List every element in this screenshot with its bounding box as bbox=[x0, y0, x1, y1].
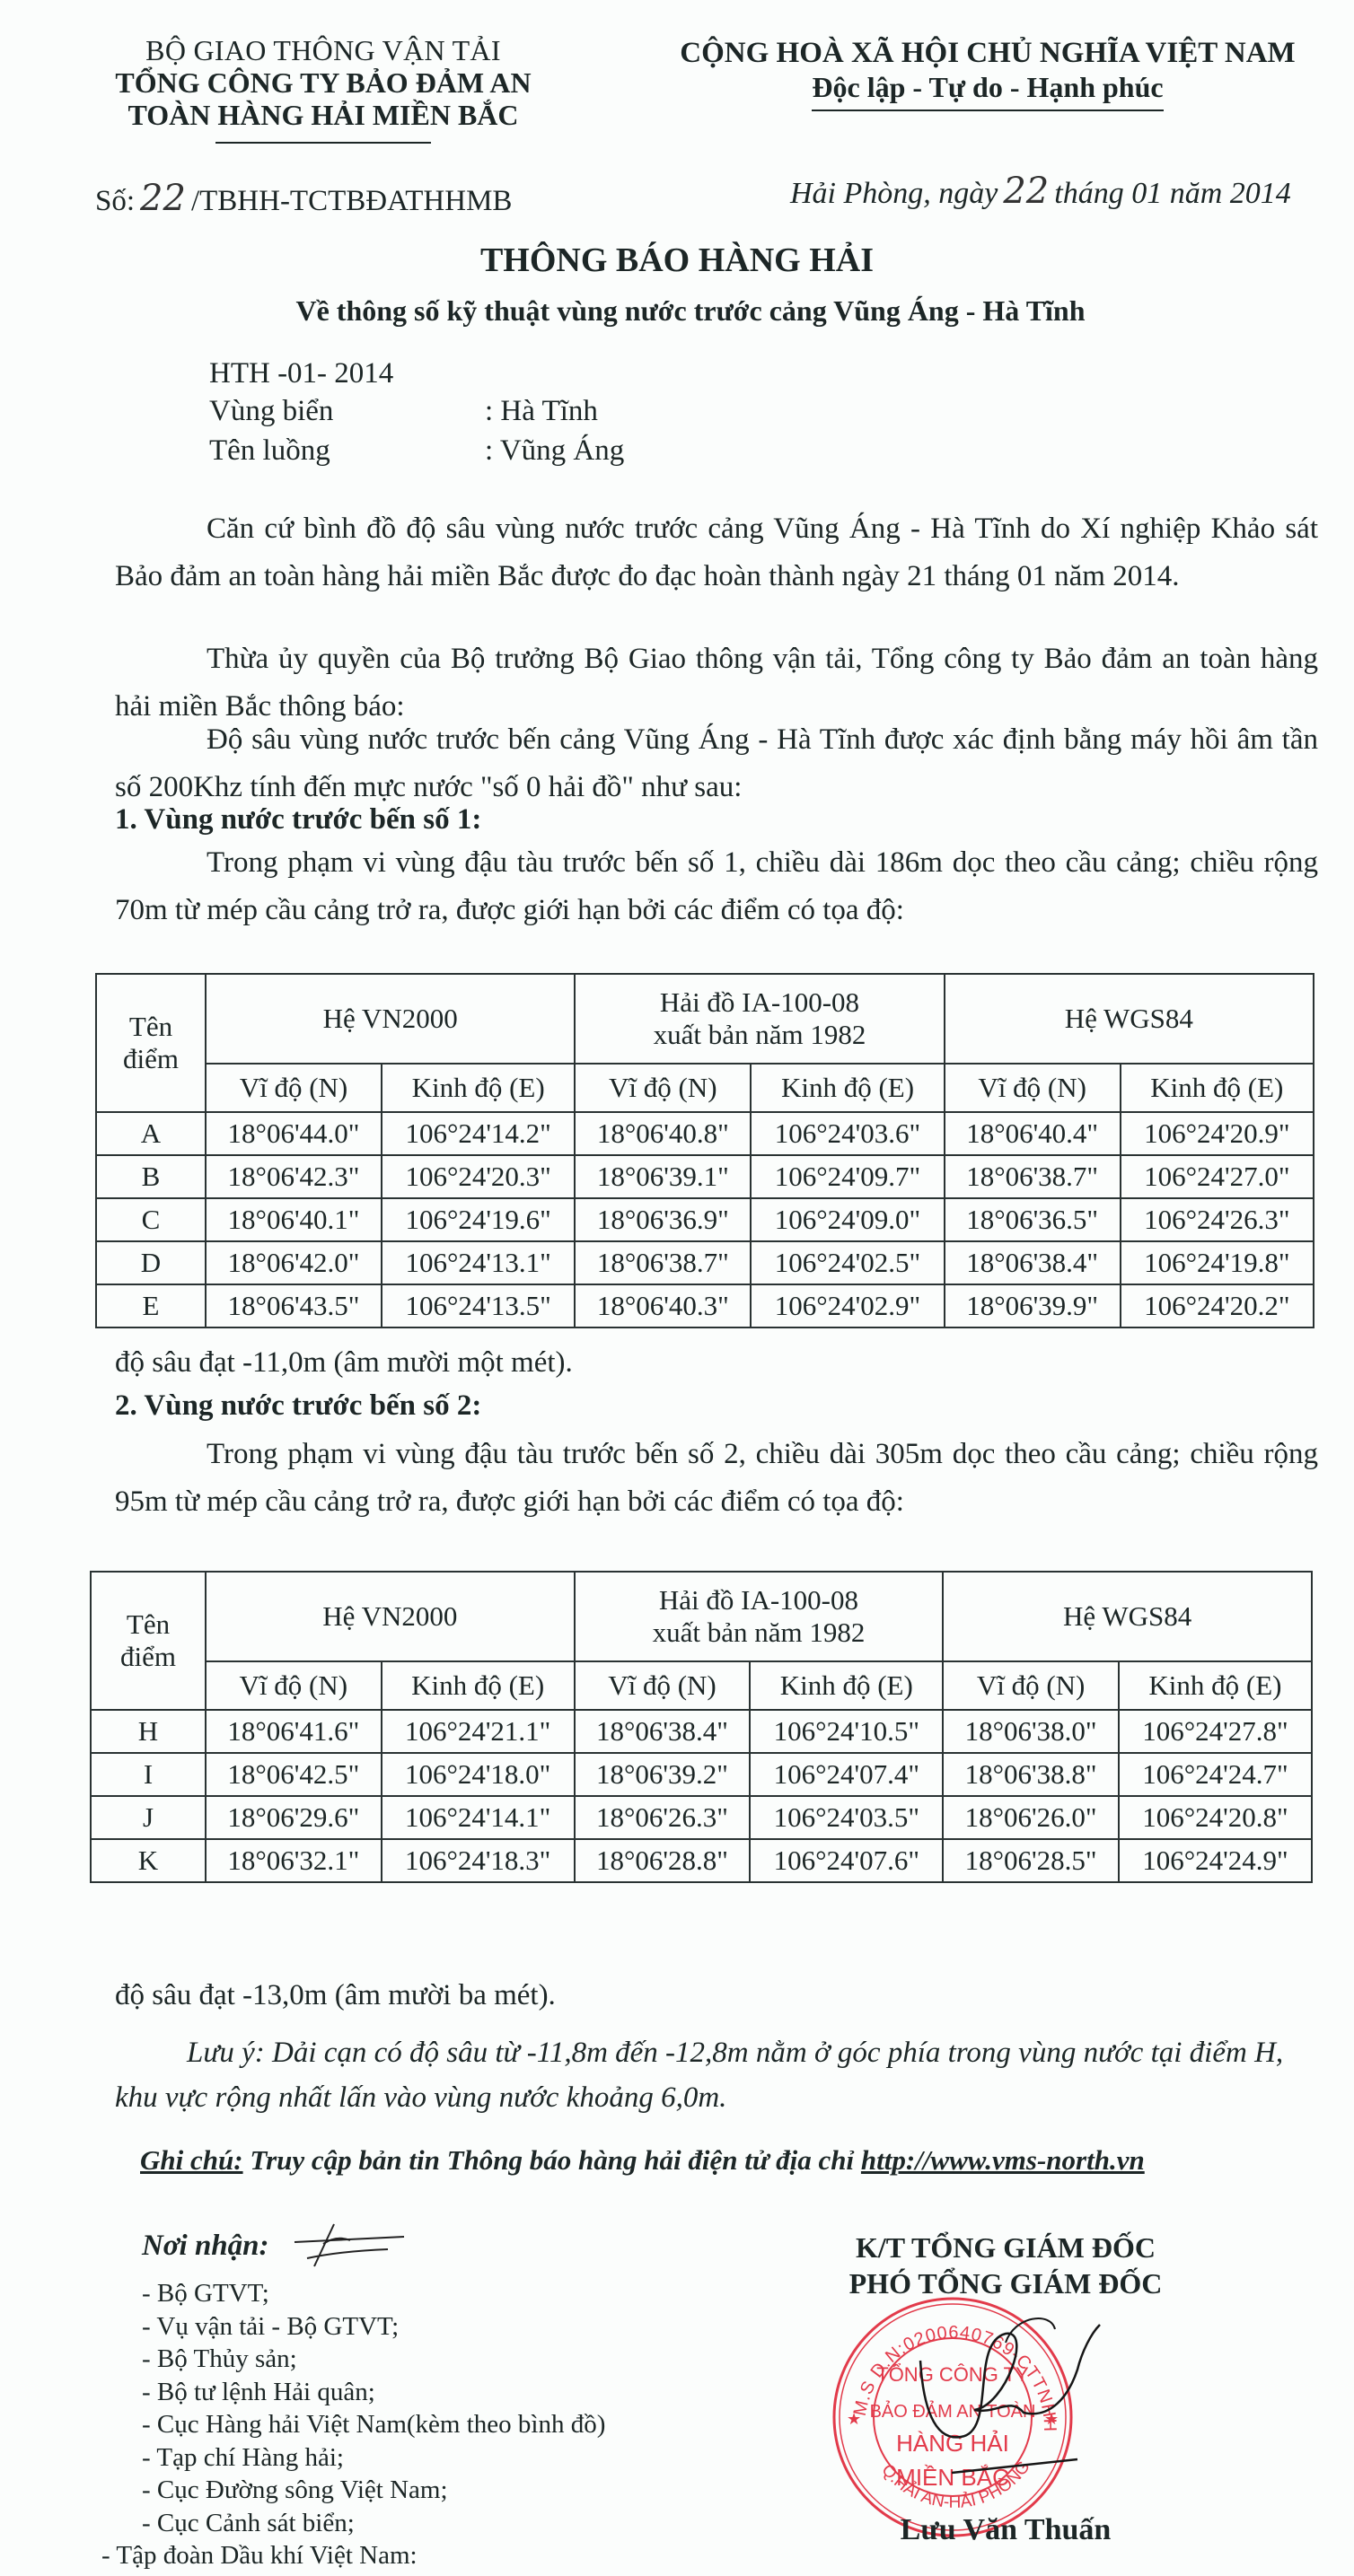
coordinate-cell: 106°24'14.2" bbox=[382, 1112, 575, 1155]
coordinate-cell: 106°24'03.6" bbox=[751, 1112, 944, 1155]
coordinate-cell: 18°06'38.7" bbox=[575, 1241, 751, 1284]
recipient-item: - Vụ vận tải - Bộ GTVT; bbox=[142, 2310, 605, 2344]
coordinate-cell: 106°24'13.1" bbox=[382, 1241, 575, 1284]
coordinate-cell: 106°24'13.5" bbox=[382, 1284, 575, 1327]
recipient-item: - Cục Đường sông Việt Nam; bbox=[142, 2474, 605, 2507]
recipient-item: - Bộ Thủy sản; bbox=[142, 2343, 605, 2376]
coordinate-cell: 106°24'18.0" bbox=[382, 1753, 575, 1796]
republic-name: CỘNG HOÀ XÃ HỘI CHỦ NGHĨA VIỆT NAM bbox=[664, 36, 1311, 70]
coordinate-cell: 18°06'38.4" bbox=[945, 1241, 1121, 1284]
meta-region: Vùng biển : Hà Tĩnh bbox=[209, 395, 333, 428]
coordinate-cell: 18°06'38.0" bbox=[943, 1710, 1119, 1753]
table-row: H18°06'41.6"106°24'21.1"18°06'38.4"106°2… bbox=[91, 1710, 1312, 1753]
recipient-item: - Bộ GTVT; bbox=[142, 2277, 605, 2310]
coordinate-cell: 18°06'26.0" bbox=[943, 1796, 1119, 1839]
coordinate-cell: 106°24'21.1" bbox=[382, 1710, 575, 1753]
coordinate-cell: 18°06'43.5" bbox=[206, 1284, 382, 1327]
issuer-block: BỘ GIAO THÔNG VẬN TẢI TỔNG CÔNG TY BẢO Đ… bbox=[72, 34, 575, 144]
point-name-cell: E bbox=[96, 1284, 206, 1327]
point-name-cell: I bbox=[91, 1753, 206, 1796]
point-name-cell: J bbox=[91, 1796, 206, 1839]
notice-code: HTH -01- 2014 bbox=[209, 357, 393, 390]
section-1-depth: độ sâu đạt -11,0m (âm mười một mét). bbox=[115, 1339, 1318, 1387]
col-ia-chart: Hải đồ IA-100-08xuất bản năm 1982 bbox=[575, 974, 944, 1064]
coordinate-cell: 106°24'07.6" bbox=[750, 1839, 943, 1882]
coordinates-table-berth-2: Tên điểm Hệ VN2000 Hải đồ IA-100-08xuất … bbox=[90, 1571, 1313, 1883]
coordinate-cell: 106°24'19.8" bbox=[1121, 1241, 1314, 1284]
paragraph-basis: Căn cứ bình đồ độ sâu vùng nước trước cả… bbox=[115, 505, 1318, 600]
ministry-name: BỘ GIAO THÔNG VẬN TẢI bbox=[72, 34, 575, 66]
recipients-heading: Nơi nhận: bbox=[142, 2230, 269, 2263]
col-wgs84: Hệ WGS84 bbox=[943, 1572, 1312, 1661]
coordinate-cell: 18°06'38.8" bbox=[943, 1753, 1119, 1796]
point-name-cell: B bbox=[96, 1155, 206, 1198]
table-row: I18°06'42.5"106°24'18.0"18°06'39.2"106°2… bbox=[91, 1753, 1312, 1796]
point-name-cell: H bbox=[91, 1710, 206, 1753]
coordinate-cell: 18°06'44.0" bbox=[206, 1112, 382, 1155]
table-row: B18°06'42.3"106°24'20.3"18°06'39.1"106°2… bbox=[96, 1155, 1314, 1198]
header-rule bbox=[215, 142, 431, 144]
coordinate-cell: 18°06'42.0" bbox=[206, 1241, 382, 1284]
col-wgs84: Hệ WGS84 bbox=[945, 974, 1314, 1064]
org-name-line2: TOÀN HÀNG HẢI MIỀN BẮC bbox=[72, 99, 575, 131]
coordinate-cell: 18°06'28.5" bbox=[943, 1839, 1119, 1882]
table-row: D18°06'42.0"106°24'13.1"18°06'38.7"106°2… bbox=[96, 1241, 1314, 1284]
recipient-item: - Cục Hàng hải Việt Nam(kèm theo bình đồ… bbox=[142, 2408, 605, 2441]
coordinate-cell: 18°06'40.8" bbox=[575, 1112, 751, 1155]
coordinate-cell: 18°06'39.1" bbox=[575, 1155, 751, 1198]
document-subtitle: Về thông số kỹ thuật vùng nước trước cản… bbox=[0, 294, 1354, 328]
col-vn2000: Hệ VN2000 bbox=[206, 974, 575, 1064]
col-point-name: Tên điểm bbox=[91, 1572, 206, 1710]
document-title: THÔNG BÁO HÀNG HẢI bbox=[0, 241, 1354, 280]
col-point-name: Tên điểm bbox=[96, 974, 206, 1112]
coordinate-cell: 106°24'20.9" bbox=[1121, 1112, 1314, 1155]
point-name-cell: D bbox=[96, 1241, 206, 1284]
coordinate-cell: 106°24'14.1" bbox=[382, 1796, 575, 1839]
document-number: Số:22/TBHH-TCTBĐATHHMB bbox=[95, 178, 512, 219]
section-2-intro: Trong phạm vi vùng đậu tàu trước bến số … bbox=[115, 1431, 1318, 1526]
recipient-item: - Tạp chí Hàng hải; bbox=[142, 2441, 605, 2475]
section-2-heading: 2. Vùng nước trước bến số 2: bbox=[115, 1389, 481, 1423]
table-row: A18°06'44.0"106°24'14.2"18°06'40.8"106°2… bbox=[96, 1112, 1314, 1155]
coordinate-cell: 106°24'02.5" bbox=[751, 1241, 944, 1284]
point-name-cell: A bbox=[96, 1112, 206, 1155]
table-row: K18°06'32.1"106°24'18.3"18°06'28.8"106°2… bbox=[91, 1839, 1312, 1882]
point-name-cell: K bbox=[91, 1839, 206, 1882]
date-line: Hải Phòng, ngày22tháng 01 năm 2014 bbox=[790, 171, 1291, 212]
coordinate-cell: 18°06'39.9" bbox=[945, 1284, 1121, 1327]
coordinate-cell: 18°06'32.1" bbox=[206, 1839, 382, 1882]
coordinate-cell: 18°06'42.5" bbox=[206, 1753, 382, 1796]
coordinate-cell: 106°24'24.9" bbox=[1119, 1839, 1312, 1882]
coordinate-cell: 106°24'07.4" bbox=[750, 1753, 943, 1796]
coordinates-table-berth-1: Tên điểm Hệ VN2000 Hải đồ IA-100-08xuất … bbox=[95, 973, 1314, 1328]
national-motto: Độc lập - Tự do - Hạnh phúc bbox=[812, 70, 1163, 111]
shoal-note: Lưu ý: Dải cạn có độ sâu từ -11,8m đến -… bbox=[115, 2030, 1318, 2120]
org-name-line1: TỔNG CÔNG TY BẢO ĐẢM AN bbox=[72, 66, 575, 99]
point-name-cell: C bbox=[96, 1198, 206, 1241]
col-ia-chart: Hải đồ IA-100-08xuất bản năm 1982 bbox=[575, 1572, 944, 1661]
coordinate-cell: 106°24'27.0" bbox=[1121, 1155, 1314, 1198]
coordinate-cell: 18°06'36.5" bbox=[945, 1198, 1121, 1241]
vms-north-link[interactable]: http://www.vms-north.vn bbox=[861, 2144, 1145, 2176]
table-row: J18°06'29.6"106°24'14.1"18°06'26.3"106°2… bbox=[91, 1796, 1312, 1839]
coordinate-cell: 106°24'24.7" bbox=[1119, 1753, 1312, 1796]
coordinate-cell: 106°24'09.7" bbox=[751, 1155, 944, 1198]
table-row: C18°06'40.1"106°24'19.6"18°06'36.9"106°2… bbox=[96, 1198, 1314, 1241]
coordinate-cell: 18°06'39.2" bbox=[575, 1753, 751, 1796]
coordinate-cell: 106°24'03.5" bbox=[750, 1796, 943, 1839]
coordinate-cell: 106°24'20.3" bbox=[382, 1155, 575, 1198]
col-vn2000: Hệ VN2000 bbox=[206, 1572, 575, 1661]
coordinate-cell: 18°06'38.4" bbox=[575, 1710, 751, 1753]
coordinate-cell: 106°24'27.8" bbox=[1119, 1710, 1312, 1753]
recipient-item: - Cục Cảnh sát biển; bbox=[142, 2507, 605, 2540]
signatory-title: K/T TỔNG GIÁM ĐỐC PHÓ TỔNG GIÁM ĐỐC bbox=[808, 2230, 1203, 2301]
coordinate-cell: 18°06'41.6" bbox=[206, 1710, 382, 1753]
coordinate-cell: 18°06'28.8" bbox=[575, 1839, 751, 1882]
handwritten-signature-icon bbox=[898, 2307, 1104, 2486]
paragraph-method: Độ sâu vùng nước trước bến cảng Vũng Áng… bbox=[115, 716, 1318, 811]
coordinate-cell: 106°24'02.9" bbox=[751, 1284, 944, 1327]
initials-signature-icon bbox=[287, 2217, 413, 2271]
meta-channel: Tên luồng : Vũng Áng bbox=[209, 434, 330, 468]
coordinate-cell: 106°24'09.0" bbox=[751, 1198, 944, 1241]
coordinate-cell: 18°06'26.3" bbox=[575, 1796, 751, 1839]
coordinate-cell: 18°06'38.7" bbox=[945, 1155, 1121, 1198]
recipient-item: - Tập đoàn Dầu khí Việt Nam: bbox=[101, 2539, 605, 2572]
coordinate-cell: 18°06'36.9" bbox=[575, 1198, 751, 1241]
coordinate-cell: 18°06'40.3" bbox=[575, 1284, 751, 1327]
coordinate-cell: 106°24'19.6" bbox=[382, 1198, 575, 1241]
table-row: E18°06'43.5"106°24'13.5"18°06'40.3"106°2… bbox=[96, 1284, 1314, 1327]
coordinate-cell: 18°06'42.3" bbox=[206, 1155, 382, 1198]
footnote: Ghi chú: Truy cập bản tin Thông báo hàng… bbox=[140, 2144, 1145, 2177]
handwritten-day: 22 bbox=[998, 171, 1054, 212]
coordinate-cell: 18°06'40.1" bbox=[206, 1198, 382, 1241]
handwritten-number: 22 bbox=[135, 178, 191, 219]
coordinate-cell: 106°24'20.2" bbox=[1121, 1284, 1314, 1327]
recipients-list: - Bộ GTVT;- Vụ vận tải - Bộ GTVT;- Bộ Th… bbox=[142, 2277, 605, 2572]
svg-text:★: ★ bbox=[847, 2410, 861, 2428]
coordinate-cell: 106°24'20.8" bbox=[1119, 1796, 1312, 1839]
section-1-intro: Trong phạm vi vùng đậu tàu trước bến số … bbox=[115, 839, 1318, 934]
coordinate-cell: 106°24'18.3" bbox=[382, 1839, 575, 1882]
national-header: CỘNG HOÀ XÃ HỘI CHỦ NGHĨA VIỆT NAM Độc l… bbox=[664, 36, 1311, 111]
coordinate-cell: 106°24'10.5" bbox=[750, 1710, 943, 1753]
section-1-heading: 1. Vùng nước trước bến số 1: bbox=[115, 803, 481, 837]
coordinate-cell: 18°06'40.4" bbox=[945, 1112, 1121, 1155]
coordinate-cell: 106°24'26.3" bbox=[1121, 1198, 1314, 1241]
section-2-depth: độ sâu đạt -13,0m (âm mười ba mét). bbox=[115, 1972, 1318, 2020]
signer-name: Lưu Văn Thuấn bbox=[808, 2513, 1203, 2547]
recipient-item: - Bộ tư lệnh Hải quân; bbox=[142, 2376, 605, 2409]
coordinate-cell: 18°06'29.6" bbox=[206, 1796, 382, 1839]
